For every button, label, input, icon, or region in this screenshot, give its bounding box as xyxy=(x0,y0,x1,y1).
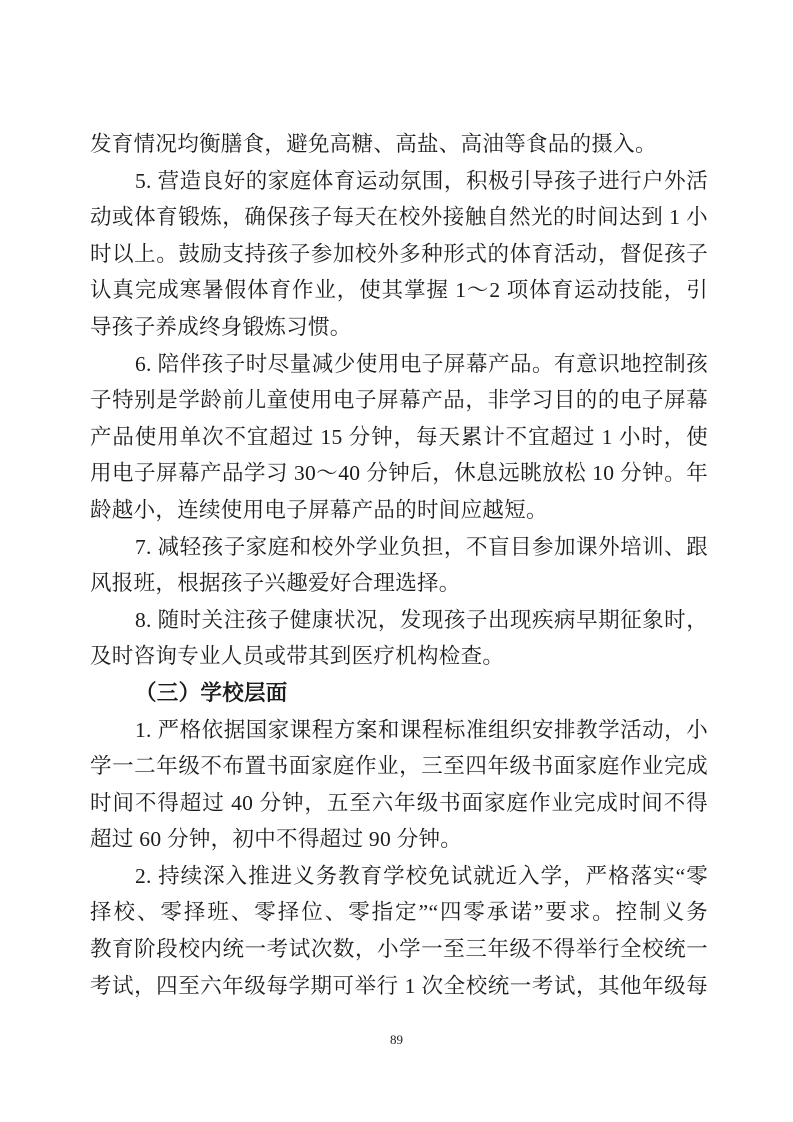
text-line: 导孩子养成终身锻炼习惯。 xyxy=(90,309,708,346)
text-line: 6. 陪伴孩子时尽量减少使用电子屏幕产品。有意识地控制孩 xyxy=(90,346,708,383)
text-line: 龄越小，连续使用电子屏幕产品的时间应越短。 xyxy=(90,492,708,529)
text-line: 2. 持续深入推进义务教育学校免试就近入学，严格落实“零 xyxy=(90,858,708,895)
text-line: 教育阶段校内统一考试次数，小学一至三年级不得举行全校统一 xyxy=(90,931,708,968)
text-line: 5. 营造良好的家庭体育运动氛围，积极引导孩子进行户外活 xyxy=(90,163,708,200)
text-line: 超过 60 分钟，初中不得超过 90 分钟。 xyxy=(90,821,708,858)
section-heading: （三）学校层面 xyxy=(90,675,708,712)
text-line: 1. 严格依据国家课程方案和课程标准组织安排教学活动，小 xyxy=(90,712,708,749)
text-line: 8. 随时关注孩子健康状况，发现孩子出现疾病早期征象时， xyxy=(90,602,708,639)
text-line: 产品使用单次不宜超过 15 分钟，每天累计不宜超过 1 小时，使 xyxy=(90,419,708,456)
text-line: 子特别是学龄前儿童使用电子屏幕产品，非学习目的的电子屏幕 xyxy=(90,382,708,419)
text-line: 7. 减轻孩子家庭和校外学业负担，不盲目参加课外培训、跟 xyxy=(90,529,708,566)
text-line: 用电子屏幕产品学习 30～40 分钟后，休息远眺放松 10 分钟。年 xyxy=(90,455,708,492)
text-block: 发育情况均衡膳食，避免高糖、高盐、高油等食品的摄入。5. 营造良好的家庭体育运动… xyxy=(90,126,708,1004)
text-line: 及时咨询专业人员或带其到医疗机构检查。 xyxy=(90,638,708,675)
text-line: 动或体育锻炼，确保孩子每天在校外接触自然光的时间达到 1 小 xyxy=(90,199,708,236)
page-number: 89 xyxy=(0,1032,793,1048)
text-line: 认真完成寒暑假体育作业，使其掌握 1～2 项体育运动技能，引 xyxy=(90,272,708,309)
text-line: 风报班，根据孩子兴趣爱好合理选择。 xyxy=(90,565,708,602)
text-line: 学一二年级不布置书面家庭作业，三至四年级书面家庭作业完成 xyxy=(90,748,708,785)
text-line: 考试，四至六年级每学期可举行 1 次全校统一考试，其他年级每 xyxy=(90,968,708,1005)
document-page: 发育情况均衡膳食，避免高糖、高盐、高油等食品的摄入。5. 营造良好的家庭体育运动… xyxy=(0,0,793,1122)
text-line: 发育情况均衡膳食，避免高糖、高盐、高油等食品的摄入。 xyxy=(90,126,708,163)
text-line: 时间不得超过 40 分钟，五至六年级书面家庭作业完成时间不得 xyxy=(90,785,708,822)
text-line: 择校、零择班、零择位、零指定”“四零承诺”要求。控制义务 xyxy=(90,894,708,931)
text-line: 时以上。鼓励支持孩子参加校外多种形式的体育活动，督促孩子 xyxy=(90,236,708,273)
